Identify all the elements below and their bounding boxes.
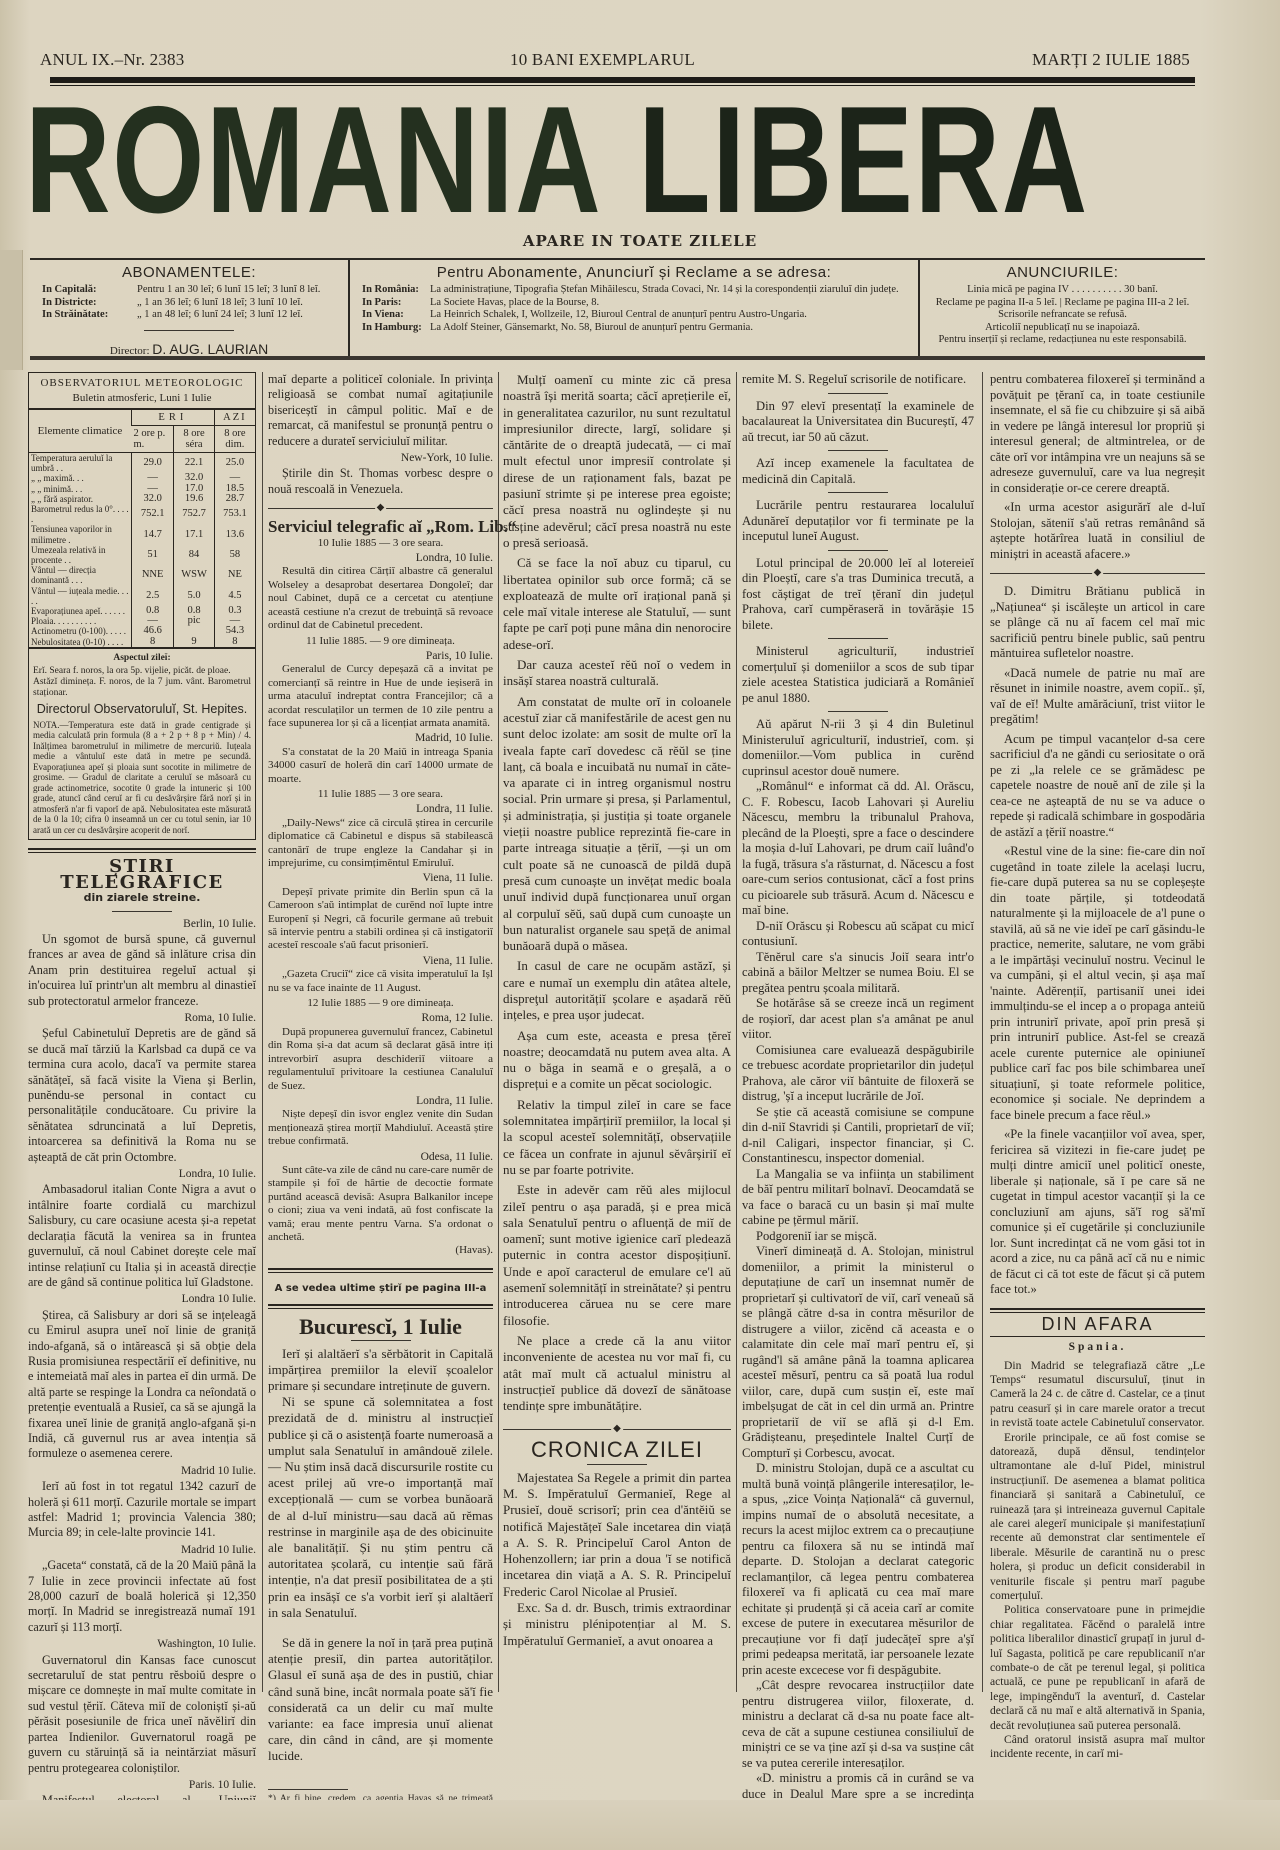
continued-text: maĭ departe a politiceĭ coloniale. In pr… (268, 372, 493, 449)
article-paragraph: «Dacă numele de patrie nu maĭ are rĕsune… (990, 666, 1205, 728)
column-rule (736, 372, 737, 1692)
address-text: La Adolf Steiner, Gänsemarkt, No. 58, Bi… (430, 322, 910, 335)
dateline: Berlin, 10 Iulie. (28, 917, 256, 932)
divider (828, 450, 888, 451)
dateline: Madrid 10 Iulie. (28, 1464, 256, 1479)
subscription-prices: Pentru 1 an 30 leĭ; 6 lunĭ 15 leĭ; 3 lun… (137, 284, 320, 297)
subscriptions-box: ABONAMENTELE: In Capitală:Pentru 1 an 30… (30, 260, 350, 356)
dateline: Viena, 11 Iulie. (268, 955, 493, 968)
column-rule (262, 372, 263, 1692)
weather-bulletin: OBSERVATORIUL METEOROLOGIC Buletin atmos… (28, 372, 256, 840)
weather-element: Umezeala relativă in procente . . (29, 545, 131, 565)
weather-value: 14.7 (131, 524, 173, 544)
address-row: In Viena:La Heinrich Schalek, I, Wollzei… (350, 309, 918, 322)
news-item: Șeful Cabinetuluĭ Depretis are de gănd s… (28, 1026, 256, 1165)
column-2: maĭ departe a politiceĭ coloniale. In pr… (268, 372, 493, 1816)
weather-value: 51 (131, 545, 173, 565)
news-brief: remite M. S. Regeluĭ scrisorile de notif… (742, 372, 974, 388)
weather-value: NNE (131, 565, 173, 585)
article-paragraph: Că se face la noĭ abuz cu tiparul, cu li… (503, 555, 731, 653)
news-item: Știrea, că Salisbury ar dori să se ințel… (28, 1308, 256, 1462)
address-location: In Hamburg: (350, 322, 430, 335)
editorial-title: Bucurescĭ, 1 Iulie (268, 1319, 493, 1334)
dateline: Washington, 10 Iulie. (28, 1637, 256, 1652)
article-paragraph: Ne place a crede că la anu viitor inconv… (503, 1333, 731, 1414)
weather-value: NE (214, 565, 255, 585)
news-brief: Se știe că această comisiune se compune … (742, 1105, 974, 1167)
news-brief: D-niĭ Orăscu și Robescu aŭ scăpat cu mic… (742, 919, 974, 950)
masthead-topline: ANUL IX.–Nr. 2383 10 BANI EXEMPLARUL MAR… (40, 50, 1190, 74)
weather-value: WSW (174, 565, 215, 585)
article-paragraph: «In urma acestor asigurărĭ ale d-luĭ Sto… (990, 500, 1205, 562)
weather-value: 2.5 (131, 586, 173, 606)
news-brief: Vinerĭ dimineață d. A. Stolojan, ministr… (742, 1244, 974, 1461)
section-rule (268, 1304, 493, 1309)
ads-box: ANUNCIURILE: Linia mică pe pagina IV . .… (920, 260, 1205, 356)
aspect-today: Astăzĭ dimineța. F. noros, de la 7 jum. … (33, 677, 251, 699)
foreign-news-paragraph: Politica conservatoare pune in primejdie… (990, 1603, 1205, 1733)
dateline: Madrid 10 Iulie. (28, 1543, 256, 1558)
news-brief: La Mangalia se va infiinṭa un stabilimen… (742, 1167, 974, 1229)
weather-row: Actinometru (0-100). . . . .46.654.3 (29, 626, 255, 636)
weather-value: pic (174, 616, 215, 626)
aspect-yesterday: Erĭ. Seara f. noros, la ora 5p. vijelie,… (33, 666, 251, 677)
newspaper-page: ANUL IX.–Nr. 2383 10 BANI EXEMPLARUL MAR… (0, 0, 1280, 1850)
telegram-time: 11 Iulie 1885 — 3 ore seara. (268, 788, 493, 801)
dateline: Londra 10 Iulie. (28, 1292, 256, 1307)
article-paragraph: pentru combaterea filoxereĭ și terminănd… (990, 372, 1205, 496)
newspaper-subtitle: APARE IN TOATE ZILELE (0, 232, 1280, 250)
binding-edge (0, 250, 23, 370)
dateline: Londra, 10 Iulie. (268, 552, 493, 565)
editorial-paragraph: Ierĭ și alaltăerĭ s'a sĕrbătorit in Capi… (268, 1346, 493, 1395)
weather-row: Umezeala relativă in procente . .518458 (29, 545, 255, 565)
foreign-news-paragraph: Din Madrid se telegrafiază către „Le Tem… (990, 1359, 1205, 1431)
weather-value: 32.0 (131, 494, 173, 504)
column-1: OBSERVATORIUL METEOROLOGIC Buletin atmos… (28, 372, 256, 1840)
page-bottom (0, 1800, 1280, 1850)
article-text: Știrile din St. Thomas vorbesc despre o … (268, 466, 493, 497)
section-rule (990, 1336, 1205, 1337)
article-paragraph: «Restul vine de la sine: fie-care din no… (990, 844, 1205, 1123)
weather-value: 9 (174, 637, 215, 647)
weather-value: 13.6 (214, 524, 255, 544)
editorial-paragraph: Ni se spune că solemnitatea a fost prezi… (268, 1394, 493, 1621)
director-name: D. AUG. LAURIAN (152, 341, 268, 357)
time-header: 8 ore séra (174, 426, 215, 453)
weather-element: Tensiunea vaporilor in milimetre . (29, 524, 131, 544)
foreign-news-paragraph: Erorile principale, ce aŭ fost comise se… (990, 1431, 1205, 1604)
price: 10 BANI EXEMPLARUL (510, 50, 695, 70)
title-word-2: LIBERA (638, 75, 1089, 245)
article-paragraph: Am constatat de multe orĭ in coloanele a… (503, 694, 731, 955)
weather-value: 25.0 (214, 453, 255, 474)
weather-element: Actinometru (0-100). . . . . (29, 626, 131, 636)
ad-rate-row: Pentru inserțiĭ și reclame, redacțiunea … (920, 334, 1205, 347)
telegraph-service-title: Serviciul telegrafic aĭ „Rom. Lib.“ (268, 519, 493, 534)
divider (828, 393, 888, 394)
ornamental-rule (268, 503, 493, 513)
weather-element: Temperatura aeruluĭ la umbră . . (29, 453, 131, 474)
section-rule (28, 848, 256, 853)
article-paragraph: Acum pe timpul vacanțelor d-sa cere sacr… (990, 732, 1205, 841)
weather-value: 28.7 (214, 494, 255, 504)
telegram-text: „Daily-News“ zice că circulă știrea in c… (268, 817, 493, 871)
news-brief: Lotul principal de 20.000 leĭ al loterei… (742, 556, 974, 634)
news-brief: Lucrările pentru restaurarea localuluĭ A… (742, 498, 974, 545)
weather-element: Nebulositatea (0-10) . . . . (29, 637, 131, 647)
news-brief: Azĭ incep examenele la facultatea de med… (742, 456, 974, 487)
address-text: La Heinrich Schalek, I, Wollzeile, 12, B… (430, 309, 910, 322)
divider (828, 711, 888, 712)
divider (828, 492, 888, 493)
weather-element: Vântul — direcția dominantă . . . (29, 565, 131, 585)
article-paragraph: Relativ la timpul zileĭ in care se face … (503, 1097, 731, 1178)
ad-rate-row: Reclame pe pagina II-a 5 leĭ. | Reclame … (920, 297, 1205, 310)
article-paragraph: Așa cum este, aceasta e presa țĕreĭ noas… (503, 1028, 731, 1093)
ad-rate-row: Linia mică pe pagina IV . . . . . . . . … (920, 284, 1205, 297)
weather-table: Elemente climatice ERI AZI 2 ore p. m.8 … (29, 410, 255, 647)
foreign-news-paragraph: Când oratorul insistă asupra maĭ multor … (990, 1733, 1205, 1762)
divider (351, 1340, 411, 1341)
news-brief: Ministerul agriculturiĭ, industrieĭ come… (742, 644, 974, 706)
news-item: Ambasadorul italian Conte Nigra a avut o… (28, 1182, 256, 1290)
divider (144, 330, 234, 331)
section-rule (990, 1308, 1205, 1313)
dateline: Paris. 10 Iulie. (28, 1778, 256, 1793)
news-brief: Se hotărâse să se creeze incă un regimen… (742, 996, 974, 1043)
divider (828, 550, 888, 551)
weather-row: Temperatura aeruluĭ la umbră . .29.022.1… (29, 453, 255, 474)
column-4: remite M. S. Regeluĭ scrisorile de notif… (742, 372, 974, 1818)
weather-value: 19.6 (174, 494, 215, 504)
dateline: Londra, 10 Iulie. (28, 1167, 256, 1182)
telegram-time: 10 Iulie 1885 — 3 ore seara. (268, 537, 493, 550)
weather-row: Barometrul redus la 0°. . . . .752.1752.… (29, 504, 255, 524)
news-item: Ierĭ aŭ fost in tot regatul 1342 cazurĭ … (28, 1479, 256, 1541)
dateline: Paris, 10 Iulie. (268, 650, 493, 663)
weather-element: „ „ minimă. . . (29, 484, 131, 494)
weather-value: 8 (214, 637, 255, 647)
weather-row: Vântul — direcția dominantă . . .NNEWSWN… (29, 565, 255, 585)
issue-number: ANUL IX.–Nr. 2383 (40, 50, 184, 70)
weather-value: 17.1 (174, 524, 215, 544)
dateline: Roma, 12 Iulie. (268, 1012, 493, 1025)
weather-row: Nebulositatea (0-10) . . . .898 (29, 637, 255, 647)
weather-row: „ „ fără aspirator.32.019.628.7 (29, 494, 255, 504)
weather-title: OBSERVATORIUL METEOROLOGIC (29, 373, 255, 391)
time-header: 2 ore p. m. (131, 426, 173, 453)
telegram-text: „Gazeta Cruciĭ“ zice că visita imperatul… (268, 968, 493, 995)
telegram-text: Niște depeșĭ din isvor englez venite din… (268, 1108, 493, 1148)
news-brief: Tĕnĕrul care s'a sinucis Joiĭ seara intr… (742, 950, 974, 997)
ads-title: ANUNCIURILE: (920, 264, 1205, 281)
weather-value: 58 (214, 545, 255, 565)
subscriptions-title: ABONAMENTELE: (30, 264, 348, 281)
weather-row: Evaporațiunea apeĭ. . . . . .0.80.80.3 (29, 606, 255, 616)
weather-value: 29.0 (131, 453, 173, 474)
issue-date: MARȚI 2 IULIE 1885 (1032, 50, 1190, 70)
address-row: In Paris:La Societe Havas, place de la B… (350, 297, 918, 310)
news-brief: Podgoreniĭ iar se mișcă. (742, 1229, 974, 1245)
weather-value: 4.5 (214, 586, 255, 606)
chronicle-paragraph: Exc. Sa d. dr. Busch, trimis extraordina… (503, 1600, 731, 1649)
director-label: Director: (110, 345, 150, 357)
telegram-text: Depeșĭ private primite din Berlin spun c… (268, 886, 493, 953)
address-location: In Paris: (350, 297, 430, 310)
news-brief: Comisiunea care evaluează despăgubirile … (742, 1043, 974, 1105)
article-paragraph: «Pe la finele vacanțiilor voĭ avea, sper… (990, 1127, 1205, 1298)
dateline: Londra, 11 Iulie. (268, 803, 493, 816)
section-rule (268, 1268, 493, 1273)
dateline: Londra, 11 Iulie. (268, 1095, 493, 1108)
chronicle-title: CRONICA ZILEI (503, 1442, 731, 1458)
weather-value: 22.1 (174, 453, 215, 474)
weather-element: „ „ fără aspirator. (29, 494, 131, 504)
telegram-text: Resultă din citirea Cărțiĭ albastre că g… (268, 565, 493, 632)
weather-element: „ „ maximă. . . (29, 473, 131, 483)
divider (828, 638, 888, 639)
header-elements: Elemente climatice (29, 410, 131, 453)
telegram-time: 11 Iulie 1885. — 9 ore dimineața. (268, 635, 493, 648)
ornamental-rule (503, 1424, 731, 1434)
weather-row: Tensiunea vaporilor in milimetre .14.717… (29, 524, 255, 544)
subscription-region: In Districte: (30, 297, 137, 310)
subscription-row: In Districte:„ 1 an 36 leĭ; 6 lunĭ 18 le… (30, 297, 348, 310)
divider (112, 911, 172, 912)
column-5: pentru combaterea filoxereĭ și terminănd… (990, 372, 1205, 1762)
header-azi: AZI (214, 410, 255, 426)
news-brief: „Românul“ e informat că dd. Al. Orăscu, … (742, 779, 974, 919)
address-text: La Societe Havas, place de la Bourse, 8. (430, 297, 910, 310)
weather-row: „ „ minimă. . .—17.018.5 (29, 484, 255, 494)
foreign-news-title: DIN AFARA (990, 1317, 1205, 1333)
telegram-text: După propunerea guvernuluĭ francez, Cabi… (268, 1026, 493, 1093)
weather-element: Evaporațiunea apeĭ. . . . . . (29, 606, 131, 616)
ornamental-rule (990, 568, 1205, 578)
telegram-text: Generalul de Curcy depeșază că a invitat… (268, 663, 493, 730)
article-paragraph: D. Dimitru Brătianu publică in „Națiunea… (990, 584, 1205, 662)
chronicle-paragraph: Majestatea Sa Regele a primit din partea… (503, 1470, 731, 1600)
column-rule (982, 372, 983, 1692)
subscription-prices: „ 1 an 36 leĭ; 6 lunĭ 18 leĭ; 3 lunĭ 10 … (137, 297, 303, 310)
day-aspect: Aspectul zileĭ: Erĭ. Seara f. noros, la … (29, 647, 255, 840)
address-row: In Hamburg:La Adolf Steiner, Gänsemarkt,… (350, 322, 918, 335)
divider (587, 1464, 647, 1465)
news-brief: „Cât despre revocarea instrucțiilor date… (742, 1678, 974, 1771)
dateline: Odesa, 11 Iulie. (268, 1151, 493, 1164)
subscription-row: In Străinătate:„ 1 an 48 leĭ; 6 lunĭ 24 … (30, 309, 348, 322)
addresses-title: Pentru Abonamente, Anunciurĭ și Reclame … (350, 264, 918, 281)
observatory-director: Directorul Observatoruluĭ, St. Hepites. (33, 704, 251, 715)
news-item: Guvernatorul din Kansas face cunoscut se… (28, 1653, 256, 1776)
address-text: La administrațiune, Tipografia Ștefan Mi… (430, 284, 910, 297)
telegraph-news-title: ȘTIRI TELEGRAFICE (28, 859, 256, 890)
aspect-title: Aspectul zileĭ: (33, 653, 251, 664)
telegram-time: 12 Iulie 1885 — 9 ore dimineața. (268, 997, 493, 1010)
weather-value: 8 (131, 637, 173, 647)
director-line: Director: D. AUG. LAURIAN (30, 341, 348, 357)
news-brief: Din 97 elevĭ presentațĭ la examinele de … (742, 399, 974, 446)
article-paragraph: Este in adevĕr cam rĕŭ ales mijlocul zil… (503, 1182, 731, 1329)
ad-rate-row: Articoliĭ nepublicațĭ nu se inapoiază. (920, 322, 1205, 335)
news-item: Un sgomot de bursă spune, că guvernul fr… (28, 932, 256, 1009)
subscription-region: In Capitală: (30, 284, 137, 297)
weather-subtitle: Buletin atmosferic, Luni 1 Iulie (29, 391, 255, 410)
dateline: Viena, 11 Iulie. (268, 872, 493, 885)
telegram-source: (Havas). (268, 1244, 493, 1257)
info-bar: ABONAMENTELE: In Capitală:Pentru 1 an 30… (30, 258, 1205, 360)
column-3: Mulțĭ oamenĭ cu minte zic că presa noast… (503, 372, 731, 1649)
time-header: 8 ore dim. (214, 426, 255, 453)
weather-row: Vântul — iuțeala medie. . . . .2.55.04.5 (29, 586, 255, 606)
footnote-rule (268, 1789, 348, 1790)
subscription-row: In Capitală:Pentru 1 an 30 leĭ; 6 lunĭ 1… (30, 284, 348, 297)
addresses-box: Pentru Abonamente, Anunciurĭ și Reclame … (350, 260, 920, 356)
editorial-paragraph: Se dă in genere la noĭ in țară prea puți… (268, 1635, 493, 1765)
article-paragraph: In casul de care ne ocupăm astăzĭ, și ca… (503, 958, 731, 1023)
news-brief: Aŭ apărut N-rii 3 și 4 din Buletinul Min… (742, 717, 974, 779)
dateline: Madrid, 10 Iulie. (268, 732, 493, 745)
weather-value: 752.7 (174, 504, 215, 524)
weather-value: 752.1 (131, 504, 173, 524)
weather-element: Ploaia. . . . . . . . . . (29, 616, 131, 626)
telegram-text: S'a constatat de la 20 Maiŭ in intreaga … (268, 746, 493, 786)
news-brief: D. ministru Stolojan, după ce a ascultat… (742, 1461, 974, 1678)
column-rule (498, 372, 499, 1692)
newspaper-title: ROMANIALIBERA (25, 100, 953, 220)
weather-note: NOTA.—Temperatura este dată in grade cen… (33, 720, 251, 836)
dateline: Roma, 10 Iulie. (28, 1011, 256, 1026)
address-row: In România:La administrațiune, Tipografi… (350, 284, 918, 297)
title-word-1: ROMANIA (25, 75, 602, 245)
dateline: New-York, 10 Iulie. (268, 451, 493, 466)
weather-value: 5.0 (174, 586, 215, 606)
weather-row: „ „ maximă. . .—32.0— (29, 473, 255, 483)
weather-value: 753.1 (214, 504, 255, 524)
news-item: „Gaceta“ constată, că de la 20 Maiŭ până… (28, 1558, 256, 1635)
country-heading: Spania. (990, 1340, 1205, 1356)
telegram-text: Sunt câte-va zile de când nu care-care n… (268, 1164, 493, 1244)
see-page-notice: A se vedea ultime știrĭ pe pagina III-a (268, 1277, 493, 1300)
subscription-prices: „ 1 an 48 leĭ; 6 lunĭ 24 leĭ; 3 lunĭ 12 … (137, 309, 303, 322)
weather-value: 84 (174, 545, 215, 565)
address-location: In Viena: (350, 309, 430, 322)
weather-element: Vântul — iuțeala medie. . . . . (29, 586, 131, 606)
article-paragraph: Mulțĭ oamenĭ cu minte zic că presa noast… (503, 372, 731, 551)
subscription-region: In Străinătate: (30, 309, 137, 322)
address-location: In România: (350, 284, 430, 297)
header-eri: ERI (131, 410, 214, 426)
weather-element: Barometrul redus la 0°. . . . . (29, 504, 131, 524)
article-paragraph: Dar cauza acesteĭ rĕŭ noĭ o vedem in ins… (503, 657, 731, 690)
weather-row: Ploaia. . . . . . . . . .—pic— (29, 616, 255, 626)
ad-rate-row: Scrisorile nefrancate se refusă. (920, 309, 1205, 322)
